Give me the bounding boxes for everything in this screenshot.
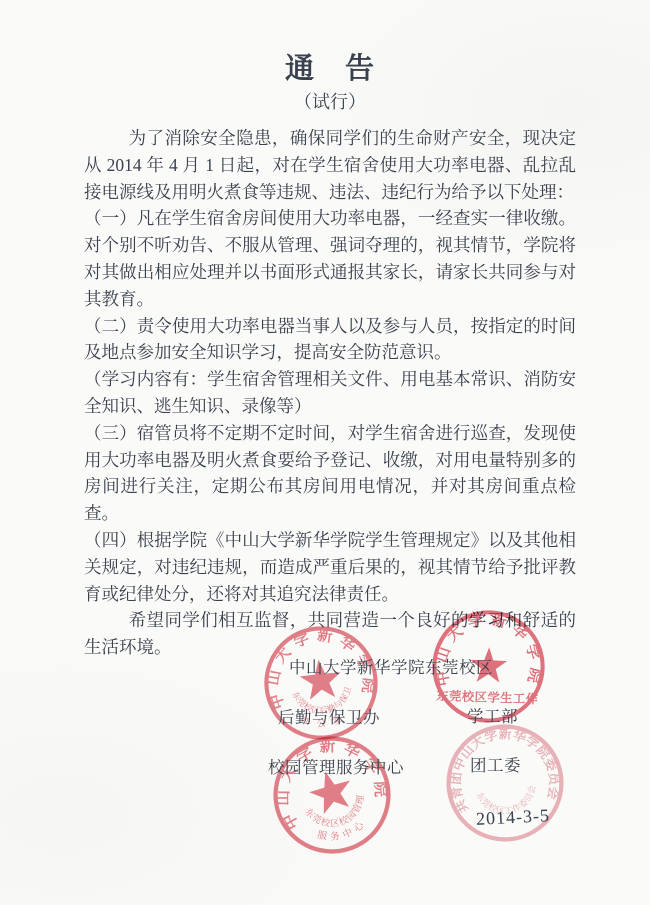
dept-youth-league-label: 团工委 (470, 758, 521, 775)
scanned-notice-page: 通 告 （试行） 为了消除安全隐患，确保同学们的生命财产安全，现决定从 2014… (0, 0, 650, 905)
notice-paragraph: 为了消除安全隐患，确保同学们的生命财产安全，现决定从 2014 年 4 月 1 … (84, 125, 576, 205)
dept-campus-management-label: 校园管理服务中心 (268, 760, 404, 777)
notice-paragraph: （四）根据学院《中山大学新华学院学生管理规定》以及其他相关规定，对违纪违规，而造… (84, 527, 576, 607)
campus-name-line: 中山大学新华学院东莞校区 (289, 660, 493, 677)
dept-student-work-label: 学工部 (467, 709, 518, 726)
seal-youth-league-committee: 共青团中山大学新华学院委员会 东莞校区工作委员会 (436, 714, 574, 852)
notice-title: 通 告 (84, 54, 576, 85)
dept-logistics-security-label: 后勤与保卫办 (278, 710, 380, 727)
notice-body: 通 告 （试行） 为了消除安全隐患，确保同学们的生命财产安全，现决定从 2014… (84, 54, 576, 661)
notice-subtitle: （试行） (84, 92, 576, 112)
notice-paragraph: （三）宿管员将不定期不定时间，对学生宿舍进行巡查，发现使用大功率电器及明火煮食要… (84, 420, 576, 527)
notice-paragraph: （学习内容有：学生宿舍管理相关文件、用电基本常识、消防安全知识、逃生知识、录像等… (84, 366, 576, 420)
issue-date: 2014-3-5 (476, 806, 551, 828)
notice-paragraph: （一）凡在学生宿舍房间使用大功率电器，一经查实一律收缴。对个别不听劝告、不服从管… (84, 205, 576, 312)
notice-paragraph: （二）责令使用大功率电器当事人以及参与人员，按指定的时间及地点参加安全知识学习，… (84, 313, 576, 367)
